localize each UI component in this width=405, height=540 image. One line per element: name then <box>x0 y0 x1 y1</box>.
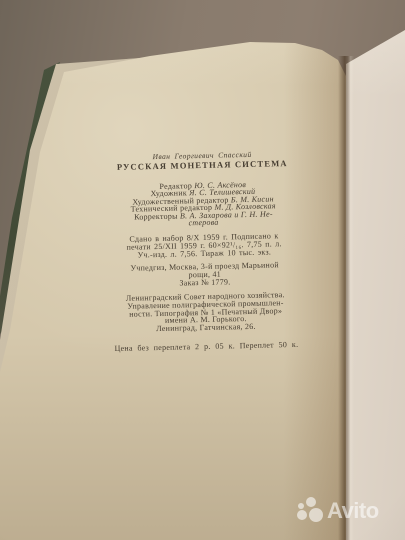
publisher-block: Учпедгиз, Москва, 3-й проезд Марьиной ро… <box>101 261 309 290</box>
avito-logo-icon <box>297 497 324 524</box>
printer-block: Ленинградский Совет народного хозяйства.… <box>101 291 310 334</box>
book-gutter-shadow <box>338 56 354 540</box>
credit-role: Корректоры <box>134 211 178 221</box>
avito-watermark-label: Avito <box>327 498 379 524</box>
credit-name: стерова <box>188 218 218 228</box>
credits-block: Редактор Ю. С. Аксёнов Художник Я. С. Те… <box>99 180 308 229</box>
colophon-text-block: Иван Георгиевич Спасский РУССКАЯ МОНЕТНА… <box>98 150 310 354</box>
avito-watermark: Avito <box>297 497 379 524</box>
imprint-block: Сдано в набор 8/X 1959 г. Подписано к пе… <box>100 232 308 261</box>
book-photo: Иван Георгиевич Спасский РУССКАЯ МОНЕТНА… <box>0 0 405 540</box>
